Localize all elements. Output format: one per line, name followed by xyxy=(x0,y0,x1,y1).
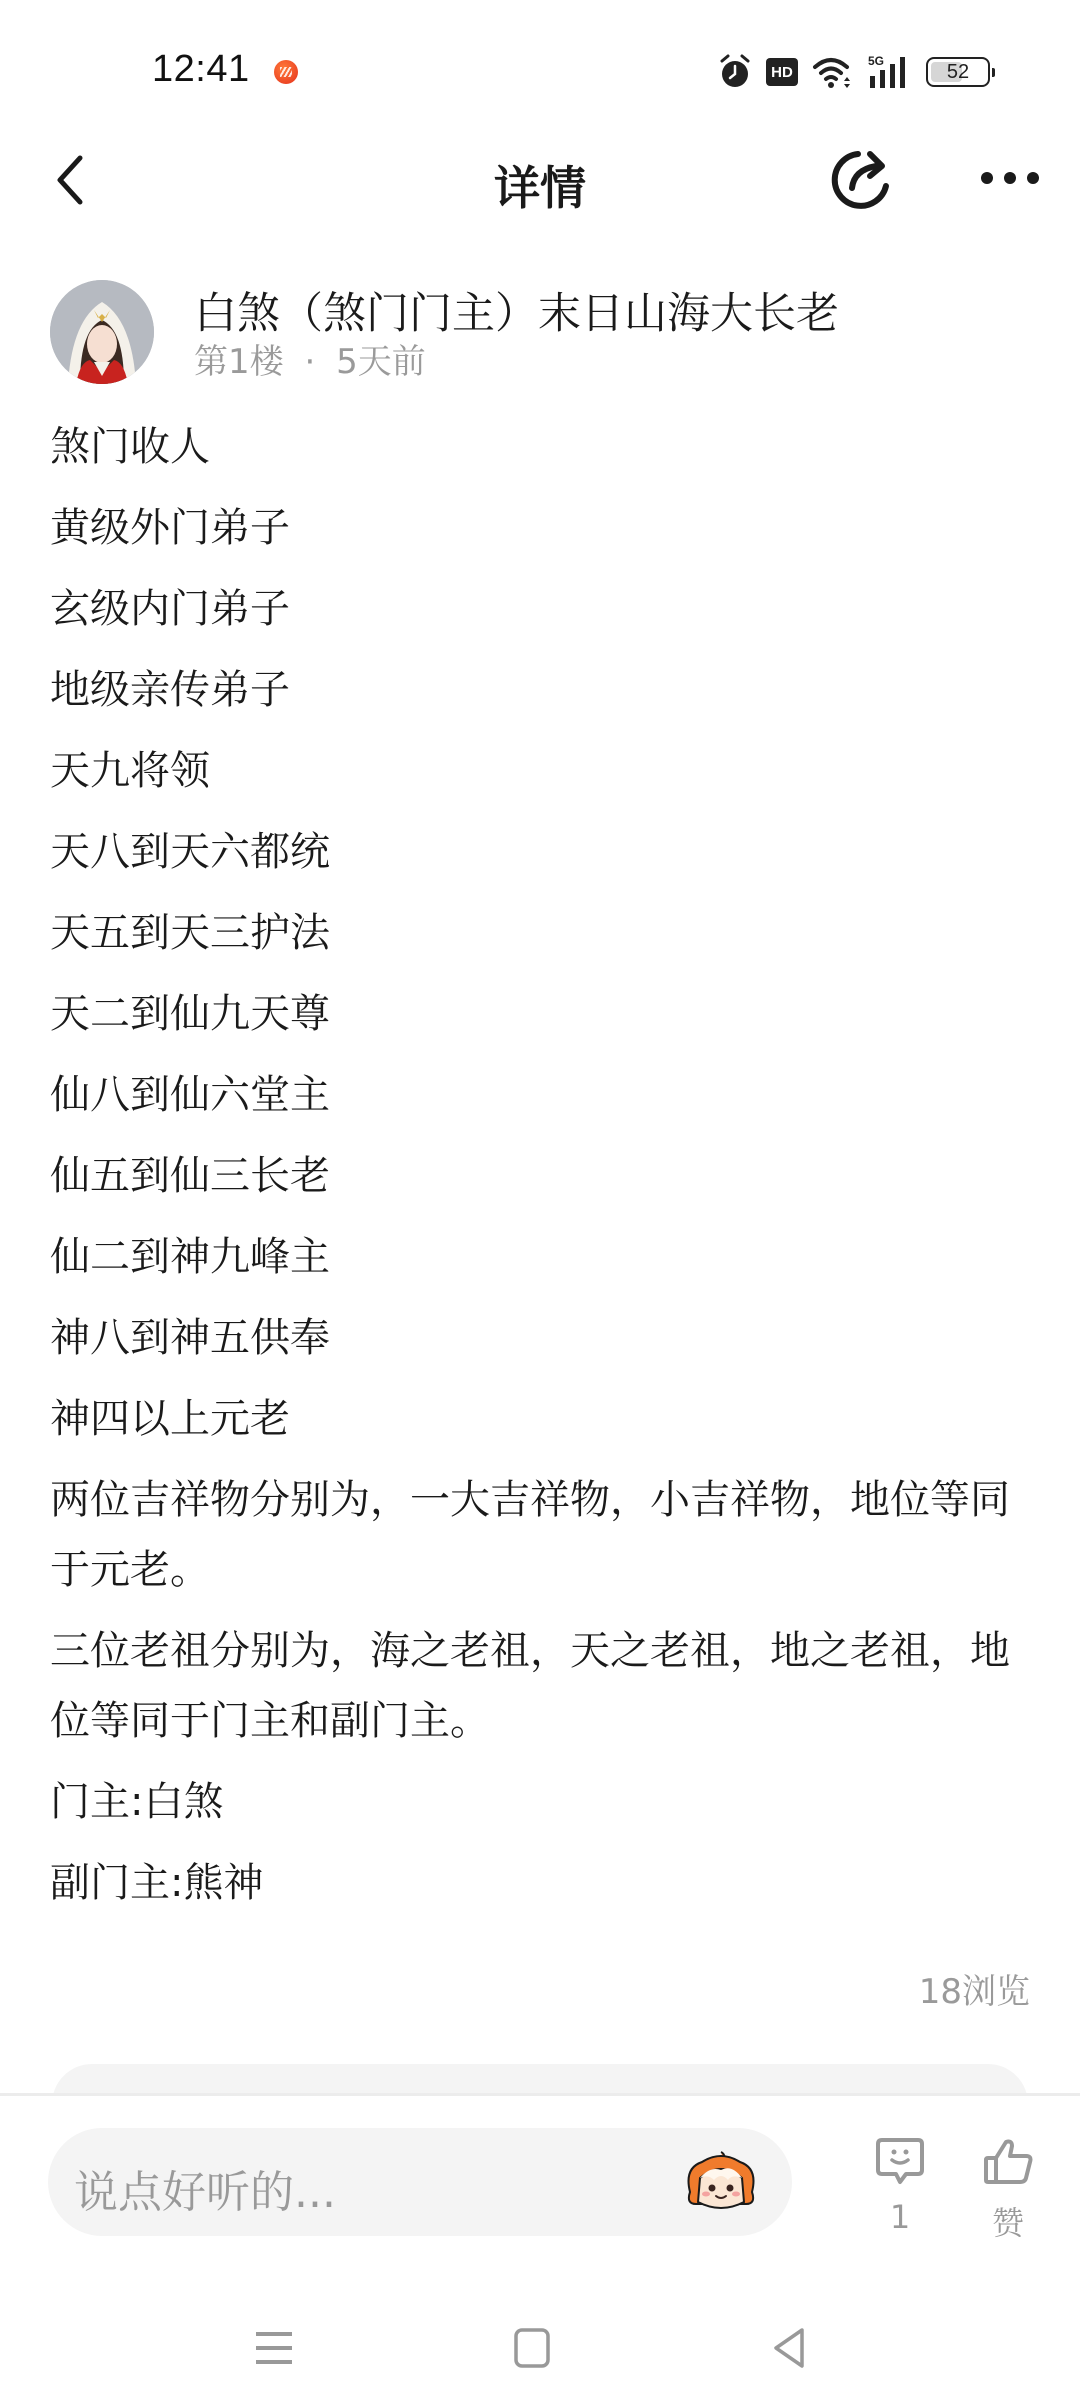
more-dot-icon xyxy=(981,172,993,184)
content-line: 天二到仙九天尊 xyxy=(50,979,1035,1060)
content-paragraph: 两位吉祥物分别为，一大吉祥物，小吉祥物，地位等同于元老。 xyxy=(50,1465,1035,1605)
content-paragraph: 三位老祖分别为，海之老祖，天之老祖，地之老祖，地位等同于门主和副门主。 xyxy=(50,1616,1035,1756)
content-line: 天九将领 xyxy=(50,736,1035,817)
battery-level: 52 xyxy=(947,61,969,84)
content-line: 地级亲传弟子 xyxy=(50,655,1035,736)
back-triangle-icon xyxy=(770,2326,810,2370)
avatar-image xyxy=(50,280,154,384)
content-line: 天五到天三护法 xyxy=(50,898,1035,979)
post-author-row: 白煞（煞门门主）末日山海大长老 第1楼 · 5天前 xyxy=(50,280,1050,390)
avatar[interactable] xyxy=(50,280,154,384)
recent-apps-button[interactable] xyxy=(244,2318,304,2378)
system-back-button[interactable] xyxy=(760,2318,820,2378)
content-line: 仙八到仙六堂主 xyxy=(50,1060,1035,1141)
meta-separator: · xyxy=(304,342,315,382)
more-dot-icon xyxy=(1004,172,1016,184)
more-dot-icon xyxy=(1027,172,1039,184)
status-bar: 12:41 HD 5G 52 xyxy=(0,0,1080,140)
author-name[interactable]: 白煞（煞门门主）末日山海大长老 xyxy=(194,280,839,341)
content-line: 玄级内门弟子 xyxy=(50,574,1035,655)
content-line: 门主:白煞 xyxy=(50,1767,1035,1848)
share-icon xyxy=(828,144,898,214)
svg-text:5G: 5G xyxy=(868,54,884,68)
thumbs-up-icon xyxy=(980,2134,1036,2190)
view-count: 18浏览 xyxy=(919,1964,1030,2013)
post-meta: 第1楼 · 5天前 xyxy=(194,334,426,383)
content-line: 黄级外门弟子 xyxy=(50,493,1035,574)
content-line: 煞门收人 xyxy=(50,412,1035,493)
more-button[interactable] xyxy=(975,158,1045,198)
comment-input-placeholder: 说点好听的... xyxy=(74,2156,336,2220)
alarm-icon xyxy=(718,54,752,90)
battery-icon: 52 xyxy=(926,57,990,87)
mascot-emoji-icon[interactable] xyxy=(682,2148,760,2218)
content-line: 副门主:熊神 xyxy=(50,1848,1035,1929)
status-time: 12:41 xyxy=(152,48,250,91)
system-navigation-bar xyxy=(0,2300,1080,2400)
page-title: 详情 xyxy=(0,152,1080,218)
wifi-icon xyxy=(812,55,854,89)
like-label: 赞 xyxy=(968,2198,1048,2244)
content-line: 天八到天六都统 xyxy=(50,817,1035,898)
home-square-icon xyxy=(512,2326,552,2370)
content-line: 神八到神五供奉 xyxy=(50,1303,1035,1384)
status-icons: HD 5G 52 xyxy=(718,50,990,94)
comment-button[interactable]: 1 xyxy=(860,2134,940,2236)
content-line: 仙五到仙三长老 xyxy=(50,1141,1035,1222)
like-button[interactable]: 赞 xyxy=(968,2134,1048,2244)
content-line: 仙二到神九峰主 xyxy=(50,1222,1035,1303)
hd-icon: HD xyxy=(766,58,798,86)
content-line: 神四以上元老 xyxy=(50,1384,1035,1465)
menu-lines-icon xyxy=(254,2328,294,2368)
home-button[interactable] xyxy=(502,2318,562,2378)
comment-count: 1 xyxy=(860,2198,940,2236)
share-button[interactable] xyxy=(828,144,898,214)
floor-number: 第1楼 xyxy=(194,342,284,382)
top-app-bar: 详情 xyxy=(0,130,1080,230)
comment-bubble-icon xyxy=(872,2134,928,2190)
signal-icon: 5G xyxy=(868,54,912,90)
app-notification-icon xyxy=(274,60,298,84)
post-time: 5天前 xyxy=(336,342,426,382)
bottom-action-bar: 说点好听的... 1 赞 xyxy=(0,2096,1080,2256)
post-content: 煞门收人 黄级外门弟子 玄级内门弟子 地级亲传弟子 天九将领 天八到天六都统 天… xyxy=(50,412,1035,1929)
comment-input[interactable]: 说点好听的... xyxy=(48,2128,792,2236)
